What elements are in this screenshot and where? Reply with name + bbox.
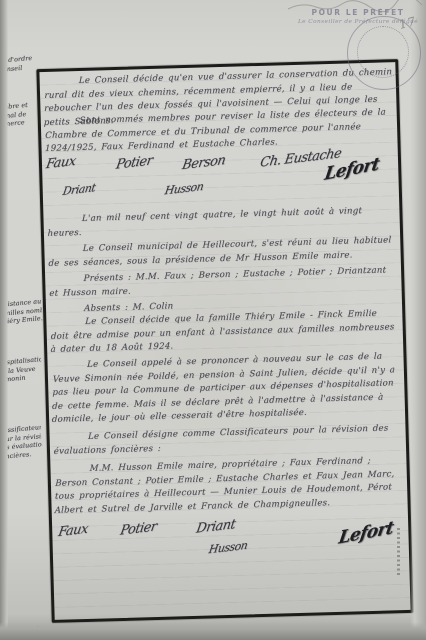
- minutes-body: Le Conseil décide qu'en vue d'assurer la…: [43, 64, 406, 618]
- paragraph-classifiers: Le Conseil désigne comme Classificateurs…: [54, 422, 403, 459]
- circular-stamp-inner: [357, 26, 409, 78]
- scan-edge-left: [0, 0, 8, 640]
- council-register-scan: POUR LE PRÉFET Le Conseiller de Préfectu…: [0, 0, 426, 640]
- register-frame: Le Conseil décide qu'en vue d'assurer la…: [36, 59, 413, 623]
- scan-edge-right: [410, 0, 426, 640]
- signature: Potier: [115, 153, 154, 173]
- paragraph-large-family: Le Conseil décide que la famille Thiéry …: [50, 307, 399, 358]
- signature: Potier: [119, 519, 158, 539]
- signature: Husson: [164, 180, 205, 198]
- signature: Driant: [195, 517, 236, 537]
- signature: Faux: [45, 154, 77, 173]
- signature: Husson: [208, 539, 249, 557]
- signature: Faux: [57, 521, 89, 540]
- signature: Driant: [62, 181, 97, 198]
- signature: Berson: [181, 153, 227, 173]
- printer-mark: [397, 528, 400, 576]
- paragraph-classifier-names: M.M. Husson Emile maire, propriétaire ; …: [54, 454, 403, 518]
- signature: Lefort: [337, 518, 395, 549]
- scan-edge-bottom: [0, 622, 426, 640]
- signature-block-2: Faux Potier Driant Husson Lefort: [56, 514, 410, 584]
- paragraph-widow-simonin: Le Conseil appelé à se prononcer à nouve…: [52, 350, 402, 428]
